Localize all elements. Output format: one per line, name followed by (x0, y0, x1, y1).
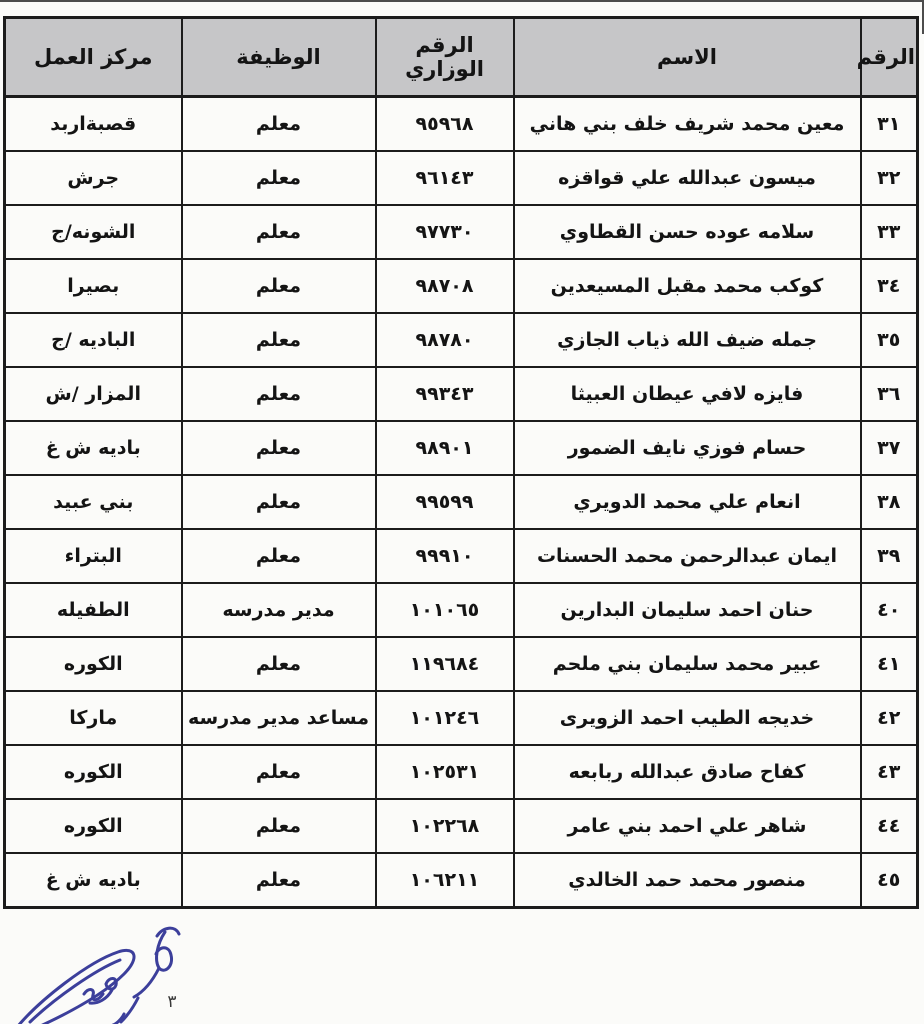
cell-work_center: الشونه/ج (5, 205, 182, 259)
cell-work_center: الكوره (5, 799, 182, 853)
cell-ministry_number: ٩٩٣٤٣ (376, 367, 514, 421)
cell-num: ٤٤ (861, 799, 918, 853)
header-cell-num: الرقم (861, 18, 918, 97)
scan-artifact-top-line (0, 0, 924, 2)
cell-name: فايزه لافي عيطان العبيثا (514, 367, 861, 421)
cell-num: ٤١ (861, 637, 918, 691)
table-header: الرقم الاسم الرقم الوزاري الوظيفة مركز ا… (5, 18, 918, 97)
cell-num: ٣٣ (861, 205, 918, 259)
cell-name: ايمان عبدالرحمن محمد الحسنات (514, 529, 861, 583)
cell-num: ٣٩ (861, 529, 918, 583)
table-row: ٣٩ايمان عبدالرحمن محمد الحسنات٩٩٩١٠معلما… (5, 529, 918, 583)
cell-job: معلم (182, 529, 376, 583)
cell-name: حنان احمد سليمان البدارين (514, 583, 861, 637)
table-row: ٣٨انعام علي محمد الدويري٩٩٥٩٩معلمبني عبي… (5, 475, 918, 529)
cell-work_center: الطفيله (5, 583, 182, 637)
cell-num: ٣٤ (861, 259, 918, 313)
cell-name: جمله ضيف الله ذياب الجازي (514, 313, 861, 367)
cell-work_center: ماركا (5, 691, 182, 745)
table-body: ٣١معين محمد شريف خلف بني هاني٩٥٩٦٨معلمقص… (5, 97, 918, 908)
cell-name: ميسون عبدالله علي قواقزه (514, 151, 861, 205)
cell-ministry_number: ٩٨٧٨٠ (376, 313, 514, 367)
cell-ministry_number: ٩٦١٤٣ (376, 151, 514, 205)
cell-ministry_number: ٩٩٩١٠ (376, 529, 514, 583)
cell-job: معلم (182, 745, 376, 799)
cell-ministry_number: ١٠١٢٤٦ (376, 691, 514, 745)
cell-name: شاهر علي احمد بني عامر (514, 799, 861, 853)
cell-num: ٣٨ (861, 475, 918, 529)
cell-num: ٣٢ (861, 151, 918, 205)
cell-work_center: الكوره (5, 637, 182, 691)
cell-ministry_number: ٩٧٧٣٠ (376, 205, 514, 259)
cell-ministry_number: ٩٨٧٠٨ (376, 259, 514, 313)
cell-job: معلم (182, 637, 376, 691)
cell-work_center: قصبةاربد (5, 97, 182, 152)
table-row: ٤١عبير محمد سليمان بني ملحم١١٩٦٨٤معلمالك… (5, 637, 918, 691)
cell-job: معلم (182, 853, 376, 908)
cell-work_center: جرش (5, 151, 182, 205)
table-row: ٣١معين محمد شريف خلف بني هاني٩٥٩٦٨معلمقص… (5, 97, 918, 152)
table-row: ٤٣كفاح صادق عبدالله ربابعه١٠٢٥٣١معلمالكو… (5, 745, 918, 799)
cell-name: كوكب محمد مقبل المسيعدين (514, 259, 861, 313)
cell-ministry_number: ٩٥٩٦٨ (376, 97, 514, 152)
cell-ministry_number: ٩٩٥٩٩ (376, 475, 514, 529)
cell-job: معلم (182, 367, 376, 421)
cell-num: ٣٦ (861, 367, 918, 421)
cell-ministry_number: ١١٩٦٨٤ (376, 637, 514, 691)
cell-name: سلامه عوده حسن القطاوي (514, 205, 861, 259)
table-row: ٣٧حسام فوزي نايف الضمور٩٨٩٠١معلمباديه ش … (5, 421, 918, 475)
cell-job: معلم (182, 97, 376, 152)
cell-num: ٤٥ (861, 853, 918, 908)
cell-work_center: بني عبيد (5, 475, 182, 529)
cell-work_center: باديه ش غ (5, 421, 182, 475)
cell-name: انعام علي محمد الدويري (514, 475, 861, 529)
header-cell-ministry-number: الرقم الوزاري (376, 18, 514, 97)
header-cell-name: الاسم (514, 18, 861, 97)
cell-work_center: بصيرا (5, 259, 182, 313)
table-row: ٤٠حنان احمد سليمان البدارين١٠١٠٦٥مدير مد… (5, 583, 918, 637)
cell-job: معلم (182, 205, 376, 259)
cell-num: ٤٠ (861, 583, 918, 637)
staff-roster-table: الرقم الاسم الرقم الوزاري الوظيفة مركز ا… (3, 16, 919, 909)
table-row: ٣٦فايزه لافي عيطان العبيثا٩٩٣٤٣معلمالمزا… (5, 367, 918, 421)
cell-job: معلم (182, 259, 376, 313)
cell-ministry_number: ١٠٢٢٦٨ (376, 799, 514, 853)
cell-name: خديجه الطيب احمد الزويرى (514, 691, 861, 745)
cell-work_center: البتراء (5, 529, 182, 583)
cell-ministry_number: ١٠٦٢١١ (376, 853, 514, 908)
cell-job: معلم (182, 421, 376, 475)
table-row: ٣٥جمله ضيف الله ذياب الجازي٩٨٧٨٠معلمالبا… (5, 313, 918, 367)
table-row: ٣٤كوكب محمد مقبل المسيعدين٩٨٧٠٨معلمبصيرا (5, 259, 918, 313)
cell-job: معلم (182, 151, 376, 205)
cell-name: كفاح صادق عبدالله ربابعه (514, 745, 861, 799)
cell-work_center: الكوره (5, 745, 182, 799)
cell-ministry_number: ٩٨٩٠١ (376, 421, 514, 475)
cell-num: ٤٢ (861, 691, 918, 745)
cell-name: معين محمد شريف خلف بني هاني (514, 97, 861, 152)
cell-num: ٣٥ (861, 313, 918, 367)
signature-ink-icon (0, 922, 196, 1024)
table-row: ٤٤شاهر علي احمد بني عامر١٠٢٢٦٨معلمالكوره (5, 799, 918, 853)
cell-job: مساعد مدير مدرسه (182, 691, 376, 745)
cell-work_center: الباديه /ج (5, 313, 182, 367)
table-row: ٣٣سلامه عوده حسن القطاوي٩٧٧٣٠معلمالشونه/… (5, 205, 918, 259)
header-cell-job: الوظيفة (182, 18, 376, 97)
header-row: الرقم الاسم الرقم الوزاري الوظيفة مركز ا… (5, 18, 918, 97)
cell-num: ٤٣ (861, 745, 918, 799)
cell-work_center: باديه ش غ (5, 853, 182, 908)
cell-job: معلم (182, 475, 376, 529)
cell-name: منصور محمد حمد الخالدي (514, 853, 861, 908)
table-row: ٤٥منصور محمد حمد الخالدي١٠٦٢١١معلمباديه … (5, 853, 918, 908)
scanned-document-page: الرقم الاسم الرقم الوزاري الوظيفة مركز ا… (0, 0, 924, 1024)
table-row: ٤٢خديجه الطيب احمد الزويرى١٠١٢٤٦مساعد مد… (5, 691, 918, 745)
cell-name: عبير محمد سليمان بني ملحم (514, 637, 861, 691)
cell-num: ٣٧ (861, 421, 918, 475)
cell-job: معلم (182, 313, 376, 367)
cell-work_center: المزار /ش (5, 367, 182, 421)
table-row: ٣٢ميسون عبدالله علي قواقزه٩٦١٤٣معلمجرش (5, 151, 918, 205)
cell-job: معلم (182, 799, 376, 853)
header-cell-work-center: مركز العمل (5, 18, 182, 97)
cell-num: ٣١ (861, 97, 918, 152)
cell-job: مدير مدرسه (182, 583, 376, 637)
cell-ministry_number: ١٠٢٥٣١ (376, 745, 514, 799)
cell-ministry_number: ١٠١٠٦٥ (376, 583, 514, 637)
cell-name: حسام فوزي نايف الضمور (514, 421, 861, 475)
